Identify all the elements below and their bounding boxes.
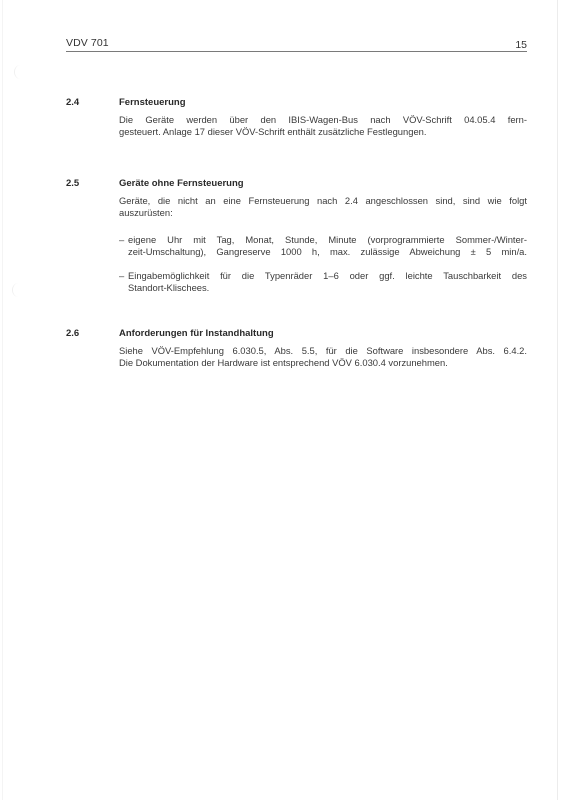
text-line: eigene Uhr mit Tag, Monat, Stunde, Minut…: [128, 234, 527, 246]
paragraph: Geräte, die nicht an eine Fernsteuerung …: [119, 195, 527, 219]
document-id: VDV 701: [66, 37, 109, 49]
section-number: 2.4: [66, 97, 79, 108]
punch-hole-mark: [14, 65, 27, 79]
page-number: 15: [515, 39, 527, 51]
text-line: auszurüsten:: [119, 207, 527, 219]
text-line: Eingabemöglichkeit für die Typenräder 1–…: [128, 270, 527, 282]
paragraph: Die Geräte werden über den IBIS-Wagen-Bu…: [119, 114, 527, 138]
scan-left-edge: [2, 0, 3, 800]
list-item: – eigene Uhr mit Tag, Monat, Stunde, Min…: [119, 234, 527, 258]
dash-bullet: –: [119, 270, 124, 282]
section-title: Geräte ohne Fernsteuerung: [119, 178, 244, 189]
paragraph: Siehe VÖV-Empfehlung 6.030.5, Abs. 5.5, …: [119, 345, 527, 369]
header-rule: [66, 51, 527, 52]
list-item: – Eingabemöglichkeit für die Typenräder …: [119, 270, 527, 294]
text-line: Geräte, die nicht an eine Fernsteuerung …: [119, 195, 527, 207]
section-title: Fernsteuerung: [119, 97, 186, 108]
section-body: Geräte, die nicht an eine Fernsteuerung …: [119, 195, 527, 294]
dash-bullet: –: [119, 234, 124, 246]
section-number: 2.6: [66, 328, 79, 339]
scan-right-edge: [557, 0, 558, 800]
text-line: zeit-Umschaltung), Gangreserve 1000 h, m…: [128, 246, 527, 258]
punch-hole-mark: [12, 283, 25, 297]
page-header: VDV 701 15: [66, 37, 527, 52]
section-body: Siehe VÖV-Empfehlung 6.030.5, Abs. 5.5, …: [119, 345, 527, 369]
section-number: 2.5: [66, 178, 79, 189]
text-line: Die Geräte werden über den IBIS-Wagen-Bu…: [119, 114, 527, 126]
section-body: Die Geräte werden über den IBIS-Wagen-Bu…: [119, 114, 527, 138]
text-line: Standort-Klischees.: [128, 282, 527, 294]
text-line: gesteuert. Anlage 17 dieser VÖV-Schrift …: [119, 126, 527, 138]
text-line: Die Dokumentation der Hardware ist entsp…: [119, 357, 527, 369]
text-line: Siehe VÖV-Empfehlung 6.030.5, Abs. 5.5, …: [119, 345, 527, 357]
section-title: Anforderungen für Instandhaltung: [119, 328, 274, 339]
